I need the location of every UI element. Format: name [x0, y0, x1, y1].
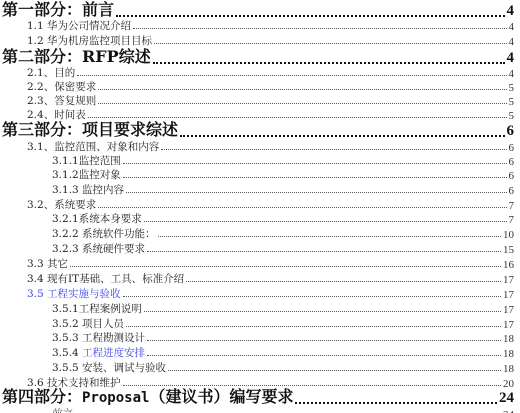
toc-page-number: 17: [503, 274, 514, 286]
toc-label: 3.5.1工程案例说明: [0, 301, 142, 316]
toc-page-number: 4: [509, 68, 515, 80]
toc-entry-3-5-1[interactable]: 3.5.1工程案例说明 17: [0, 302, 514, 316]
dot-leader: [147, 339, 501, 341]
toc-page-number: 5: [509, 82, 515, 94]
toc-label: 3.4 现有IT基础、工具、标准介绍: [0, 271, 184, 286]
toc-entry-3-5-3[interactable]: 3.5.3 工程勘测设计 18: [0, 331, 514, 345]
toc-entry-1-1[interactable]: 1.1 华为公司情况介绍 4: [0, 19, 514, 33]
dot-leader: [147, 354, 501, 356]
toc-page-number: 17: [503, 289, 514, 301]
toc-page-number: 6: [509, 156, 515, 168]
toc-entry-3-1-2[interactable]: 3.1.2监控对象 6: [0, 168, 514, 182]
toc-page-number: 10: [503, 229, 514, 241]
toc-label: 3.1.1监控范围: [0, 153, 121, 168]
dot-leader: [116, 14, 504, 17]
toc-entry-2-1[interactable]: 2.1、目的 4: [0, 66, 514, 80]
toc-entry-3-3[interactable]: 3.3 其它 16: [0, 257, 514, 271]
toc-entry-2-2[interactable]: 2.2、保密要求 5: [0, 80, 514, 94]
toc-entry-part4[interactable]: 第四部分：Proposal（建议书）编写要求 24: [0, 389, 514, 407]
toc-page-number: 5: [509, 96, 515, 108]
toc-label: 3.5.3 工程勘测设计: [0, 330, 145, 345]
toc-label: 第二部分：RFP综述: [0, 44, 151, 67]
toc-page-number: 5: [509, 110, 515, 122]
toc-label: 2.2、保密要求: [0, 79, 96, 94]
dot-leader: [133, 27, 506, 29]
toc-page-number: 4: [507, 3, 515, 20]
toc-page-number: 24: [503, 409, 514, 413]
dot-leader: [126, 191, 506, 193]
toc-label-link[interactable]: 3.5 工程实施与验收: [0, 286, 121, 301]
toc-page-number: 15: [503, 244, 514, 256]
dot-leader: [153, 61, 505, 64]
toc-label: 3.1.3 监控内容: [0, 182, 124, 197]
dot-leader: [168, 369, 501, 371]
toc-page-number: 4: [509, 36, 515, 48]
toc-label-proposal: Proposal: [82, 390, 149, 406]
dot-leader: [98, 206, 506, 208]
toc-label: 第三部分：项目要求综述: [0, 117, 178, 140]
dot-leader: [126, 325, 501, 327]
toc-label: 2.3、答复规则: [0, 93, 96, 108]
toc-page-number: 6: [509, 170, 515, 182]
dot-leader: [98, 88, 506, 90]
toc-page-number: 6: [509, 142, 515, 154]
toc-label: 第四部分：Proposal（建议书）编写要求: [0, 384, 293, 407]
toc-entry-2-3[interactable]: 2.3、答复规则 5: [0, 94, 514, 108]
toc-page-number: 7: [509, 200, 515, 212]
toc-entry-3-5[interactable]: 3.5 工程实施与验收 17: [0, 287, 514, 301]
toc-page-number: 17: [503, 304, 514, 316]
toc-entry-3-4[interactable]: 3.4 现有IT基础、工具、标准介绍 17: [0, 272, 514, 286]
toc-label-number: 3.5.4: [52, 347, 82, 359]
toc-label: 3.3 其它: [0, 256, 68, 271]
toc-entry-3-1-3[interactable]: 3.1.3 监控内容 6: [0, 183, 514, 197]
toc-entry-4-preface[interactable]: 前言 24: [0, 407, 514, 413]
dot-leader: [180, 134, 504, 137]
toc-page-number: 18: [503, 363, 514, 375]
dot-leader: [158, 235, 501, 237]
toc-label-prefix: 第四部分：: [2, 387, 82, 406]
toc-label: 3.5.2 项目人员: [0, 316, 124, 331]
toc-entry-3-5-4[interactable]: 3.5.4 工程进度安排 18: [0, 346, 514, 360]
dot-leader: [123, 295, 501, 297]
toc-label: 前言: [0, 406, 73, 413]
dot-leader: [186, 280, 501, 282]
toc-entry-3-2[interactable]: 3.2、系统要求 7: [0, 198, 514, 212]
toc-page-number: 6: [509, 185, 515, 197]
dot-leader: [123, 176, 507, 178]
dot-leader: [154, 42, 506, 44]
dot-leader: [147, 250, 501, 252]
toc-label: 2.1、目的: [0, 65, 75, 80]
dot-leader: [144, 310, 501, 312]
toc-label: 3.2.2 系统软件功能：: [0, 226, 156, 241]
toc-label: 3.1、监控范围、对象和内容: [0, 139, 159, 154]
toc-page-number: 4: [509, 21, 515, 33]
dot-leader: [144, 220, 507, 222]
toc-page-number: 18: [503, 333, 514, 345]
dot-leader: [98, 102, 506, 104]
toc-page-number: 16: [503, 259, 514, 271]
toc-label-suffix: （建议书）编写要求: [149, 387, 293, 406]
toc-entry-3-2-3[interactable]: 3.2.3 系统硬件要求 15: [0, 242, 514, 256]
toc-entry-3-2-1[interactable]: 3.2.1系统本身要求 7: [0, 212, 514, 226]
toc-entry-3-5-2[interactable]: 3.5.2 项目人员 17: [0, 317, 514, 331]
toc-label: 3.2.3 系统硬件要求: [0, 241, 145, 256]
dot-leader: [295, 401, 497, 404]
toc-entry-part2[interactable]: 第二部分：RFP综述 4: [0, 49, 514, 67]
toc-label-link[interactable]: 工程进度安排: [82, 347, 145, 359]
toc-label: 3.5.5 安装、调试与验收: [0, 360, 166, 375]
toc-label: 第一部分：前言: [0, 0, 114, 20]
toc-page-number: 7: [509, 214, 515, 226]
toc-page-number: 24: [499, 390, 514, 407]
dot-leader: [77, 74, 506, 76]
toc-page-number: 6: [507, 123, 515, 140]
toc-page-number: 17: [503, 319, 514, 331]
toc-entry-part3[interactable]: 第三部分：项目要求综述 6: [0, 122, 514, 140]
toc-label: 3.5.4 工程进度安排: [0, 345, 145, 360]
toc-label: 3.1.2监控对象: [0, 167, 121, 182]
toc-page-number: 4: [507, 50, 515, 67]
dot-leader: [123, 162, 507, 164]
toc-page-number: 18: [503, 348, 514, 360]
dot-leader: [70, 265, 501, 267]
toc-entry-3-5-5[interactable]: 3.5.5 安装、调试与验收 18: [0, 361, 514, 375]
toc-entry-3-2-2[interactable]: 3.2.2 系统软件功能： 10: [0, 227, 514, 241]
toc-label: 1.1 华为公司情况介绍: [0, 18, 131, 33]
dot-leader: [161, 148, 506, 150]
toc-label: 3.2、系统要求: [0, 197, 96, 212]
toc-entry-3-1[interactable]: 3.1、监控范围、对象和内容 6: [0, 140, 514, 154]
toc-label: 3.2.1系统本身要求: [0, 211, 142, 226]
toc-entry-3-1-1[interactable]: 3.1.1监控范围 6: [0, 154, 514, 168]
